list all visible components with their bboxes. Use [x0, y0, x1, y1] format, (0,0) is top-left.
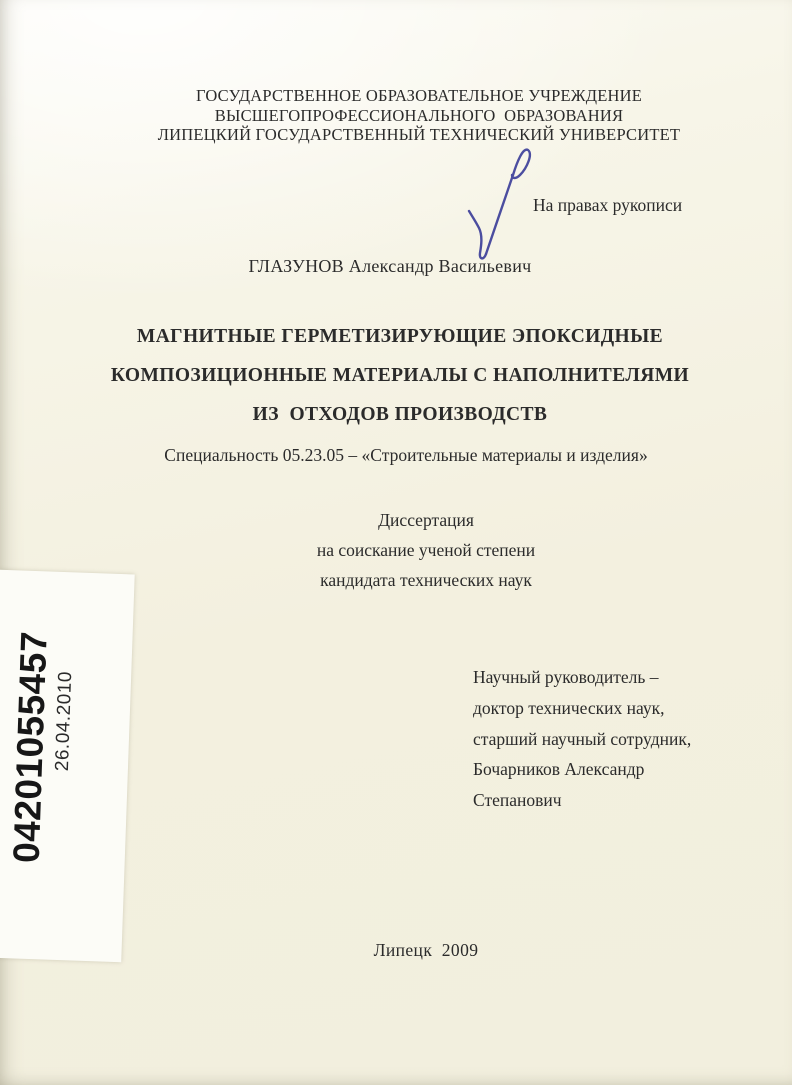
degree-block: Диссертация на соискание ученой степени …	[60, 505, 792, 595]
title-line-2: КОМПОЗИЦИОННЫЕ МАТЕРИАЛЫ С НАПОЛНИТЕЛЯМИ	[18, 356, 782, 395]
supervisor-line-3: старший научный сотрудник,	[473, 724, 691, 755]
university-header: ГОСУДАРСТВЕННОЕ ОБРАЗОВАТЕЛЬНОЕ УЧРЕЖДЕН…	[46, 86, 792, 145]
supervisor-line-5: Степанович	[473, 785, 691, 816]
city-year-footer: Липецк 2009	[60, 940, 792, 961]
handwritten-signature-icon	[452, 138, 540, 262]
degree-line-2: на соискание ученой степени	[60, 535, 792, 565]
author-name: ГЛАЗУНОВ Александр Васильевич	[0, 256, 780, 277]
library-stamp-sticker: 04201055457 26.04.2010	[0, 570, 135, 963]
degree-line-1: Диссертация	[60, 505, 792, 535]
header-line-2: ВЫСШЕГОПРОФЕССИОНАЛЬНОГО ОБРАЗОВАНИЯ	[46, 106, 792, 126]
supervisor-line-4: Бочарников Александр	[473, 754, 691, 785]
header-line-3: ЛИПЕЦКИЙ ГОСУДАРСТВЕННЫЙ ТЕХНИЧЕСКИЙ УНИ…	[46, 125, 792, 145]
header-line-1: ГОСУДАРСТВЕННОЕ ОБРАЗОВАТЕЛЬНОЕ УЧРЕЖДЕН…	[46, 86, 792, 106]
supervisor-block: Научный руководитель – доктор технически…	[473, 662, 691, 816]
supervisor-line-1: Научный руководитель –	[473, 662, 691, 693]
degree-line-3: кандидата технических наук	[60, 565, 792, 595]
manuscript-note: На правах рукописи	[533, 195, 682, 216]
title-line-3: ИЗ ОТХОДОВ ПРОИЗВОДСТВ	[18, 395, 782, 434]
stamp-date: 26.04.2010	[51, 651, 80, 792]
dissertation-title-page: ГОСУДАРСТВЕННОЕ ОБРАЗОВАТЕЛЬНОЕ УЧРЕЖДЕН…	[0, 0, 792, 1085]
dissertation-title: МАГНИТНЫЕ ГЕРМЕТИЗИРУЮЩИЕ ЭПОКСИДНЫЕ КОМ…	[18, 317, 782, 434]
title-line-1: МАГНИТНЫЕ ГЕРМЕТИЗИРУЮЩИЕ ЭПОКСИДНЫЕ	[18, 317, 782, 356]
supervisor-line-2: доктор технических наук,	[473, 693, 691, 724]
specialty-line: Специальность 05.23.05 – «Строительные м…	[30, 445, 782, 466]
